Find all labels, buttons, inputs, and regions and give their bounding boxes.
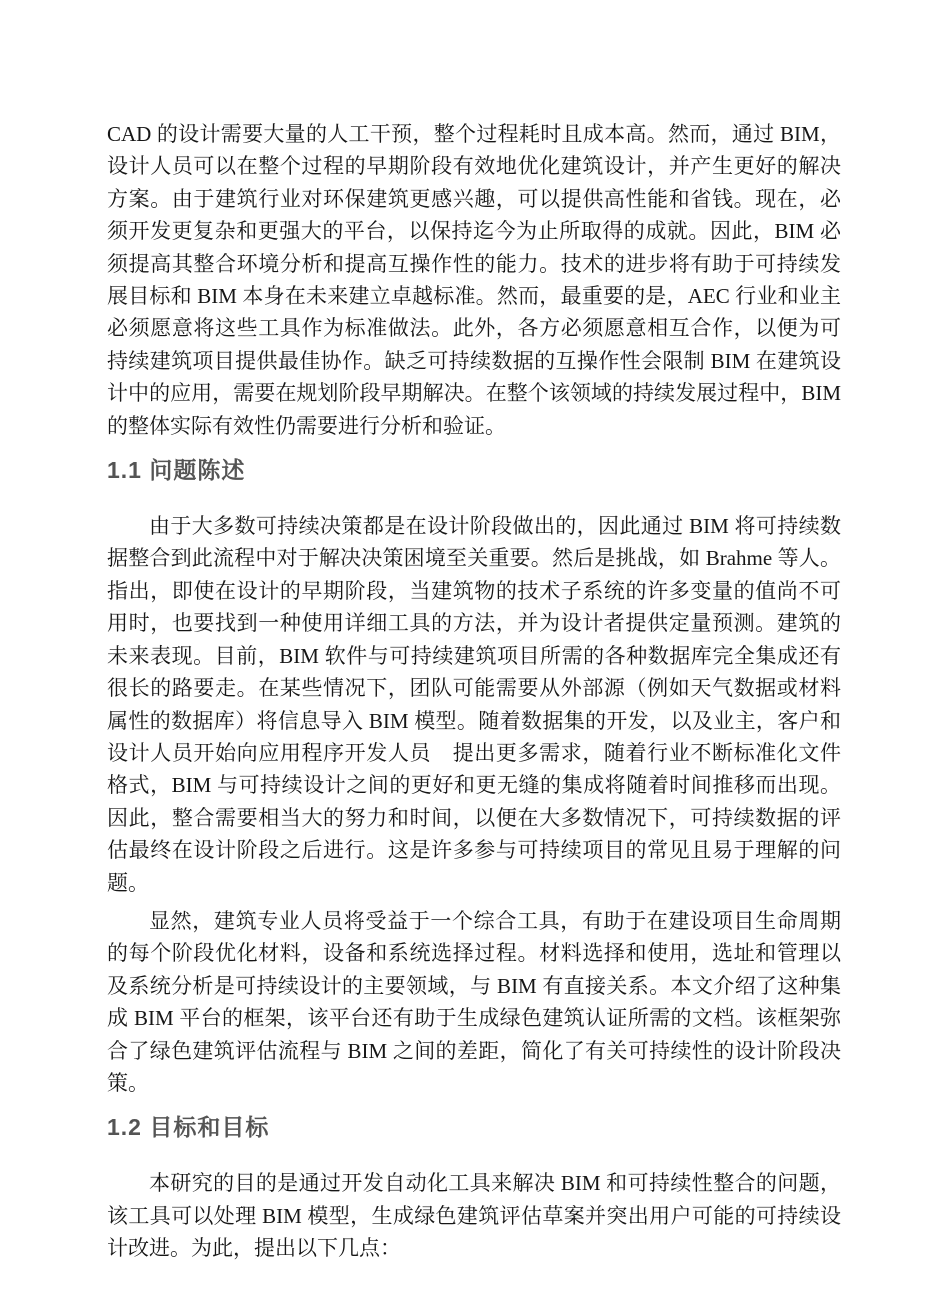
section-heading-1-2: 1.2 目标和目标 (107, 1113, 841, 1141)
section-1-1-paragraph-2: 显然，建筑专业人员将受益于一个综合工具，有助于在建设项目生命周期的每个阶段优化材… (107, 905, 841, 1099)
section-1-1-paragraph-1: 由于大多数可持续决策都是在设计阶段做出的，因此通过 BIM 将可持续数据整合到此… (107, 510, 841, 899)
section-1-2-paragraph-1: 本研究的目的是通过开发自动化工具来解决 BIM 和可持续性整合的问题，该工具可以… (107, 1167, 841, 1264)
intro-paragraph: CAD 的设计需要大量的人工干预，整个过程耗时且成本高。然而，通过 BIM，设计… (107, 118, 841, 442)
section-heading-1-1: 1.1 问题陈述 (107, 456, 841, 484)
document-page: CAD 的设计需要大量的人工干预，整个过程耗时且成本高。然而，通过 BIM，设计… (0, 0, 925, 1309)
